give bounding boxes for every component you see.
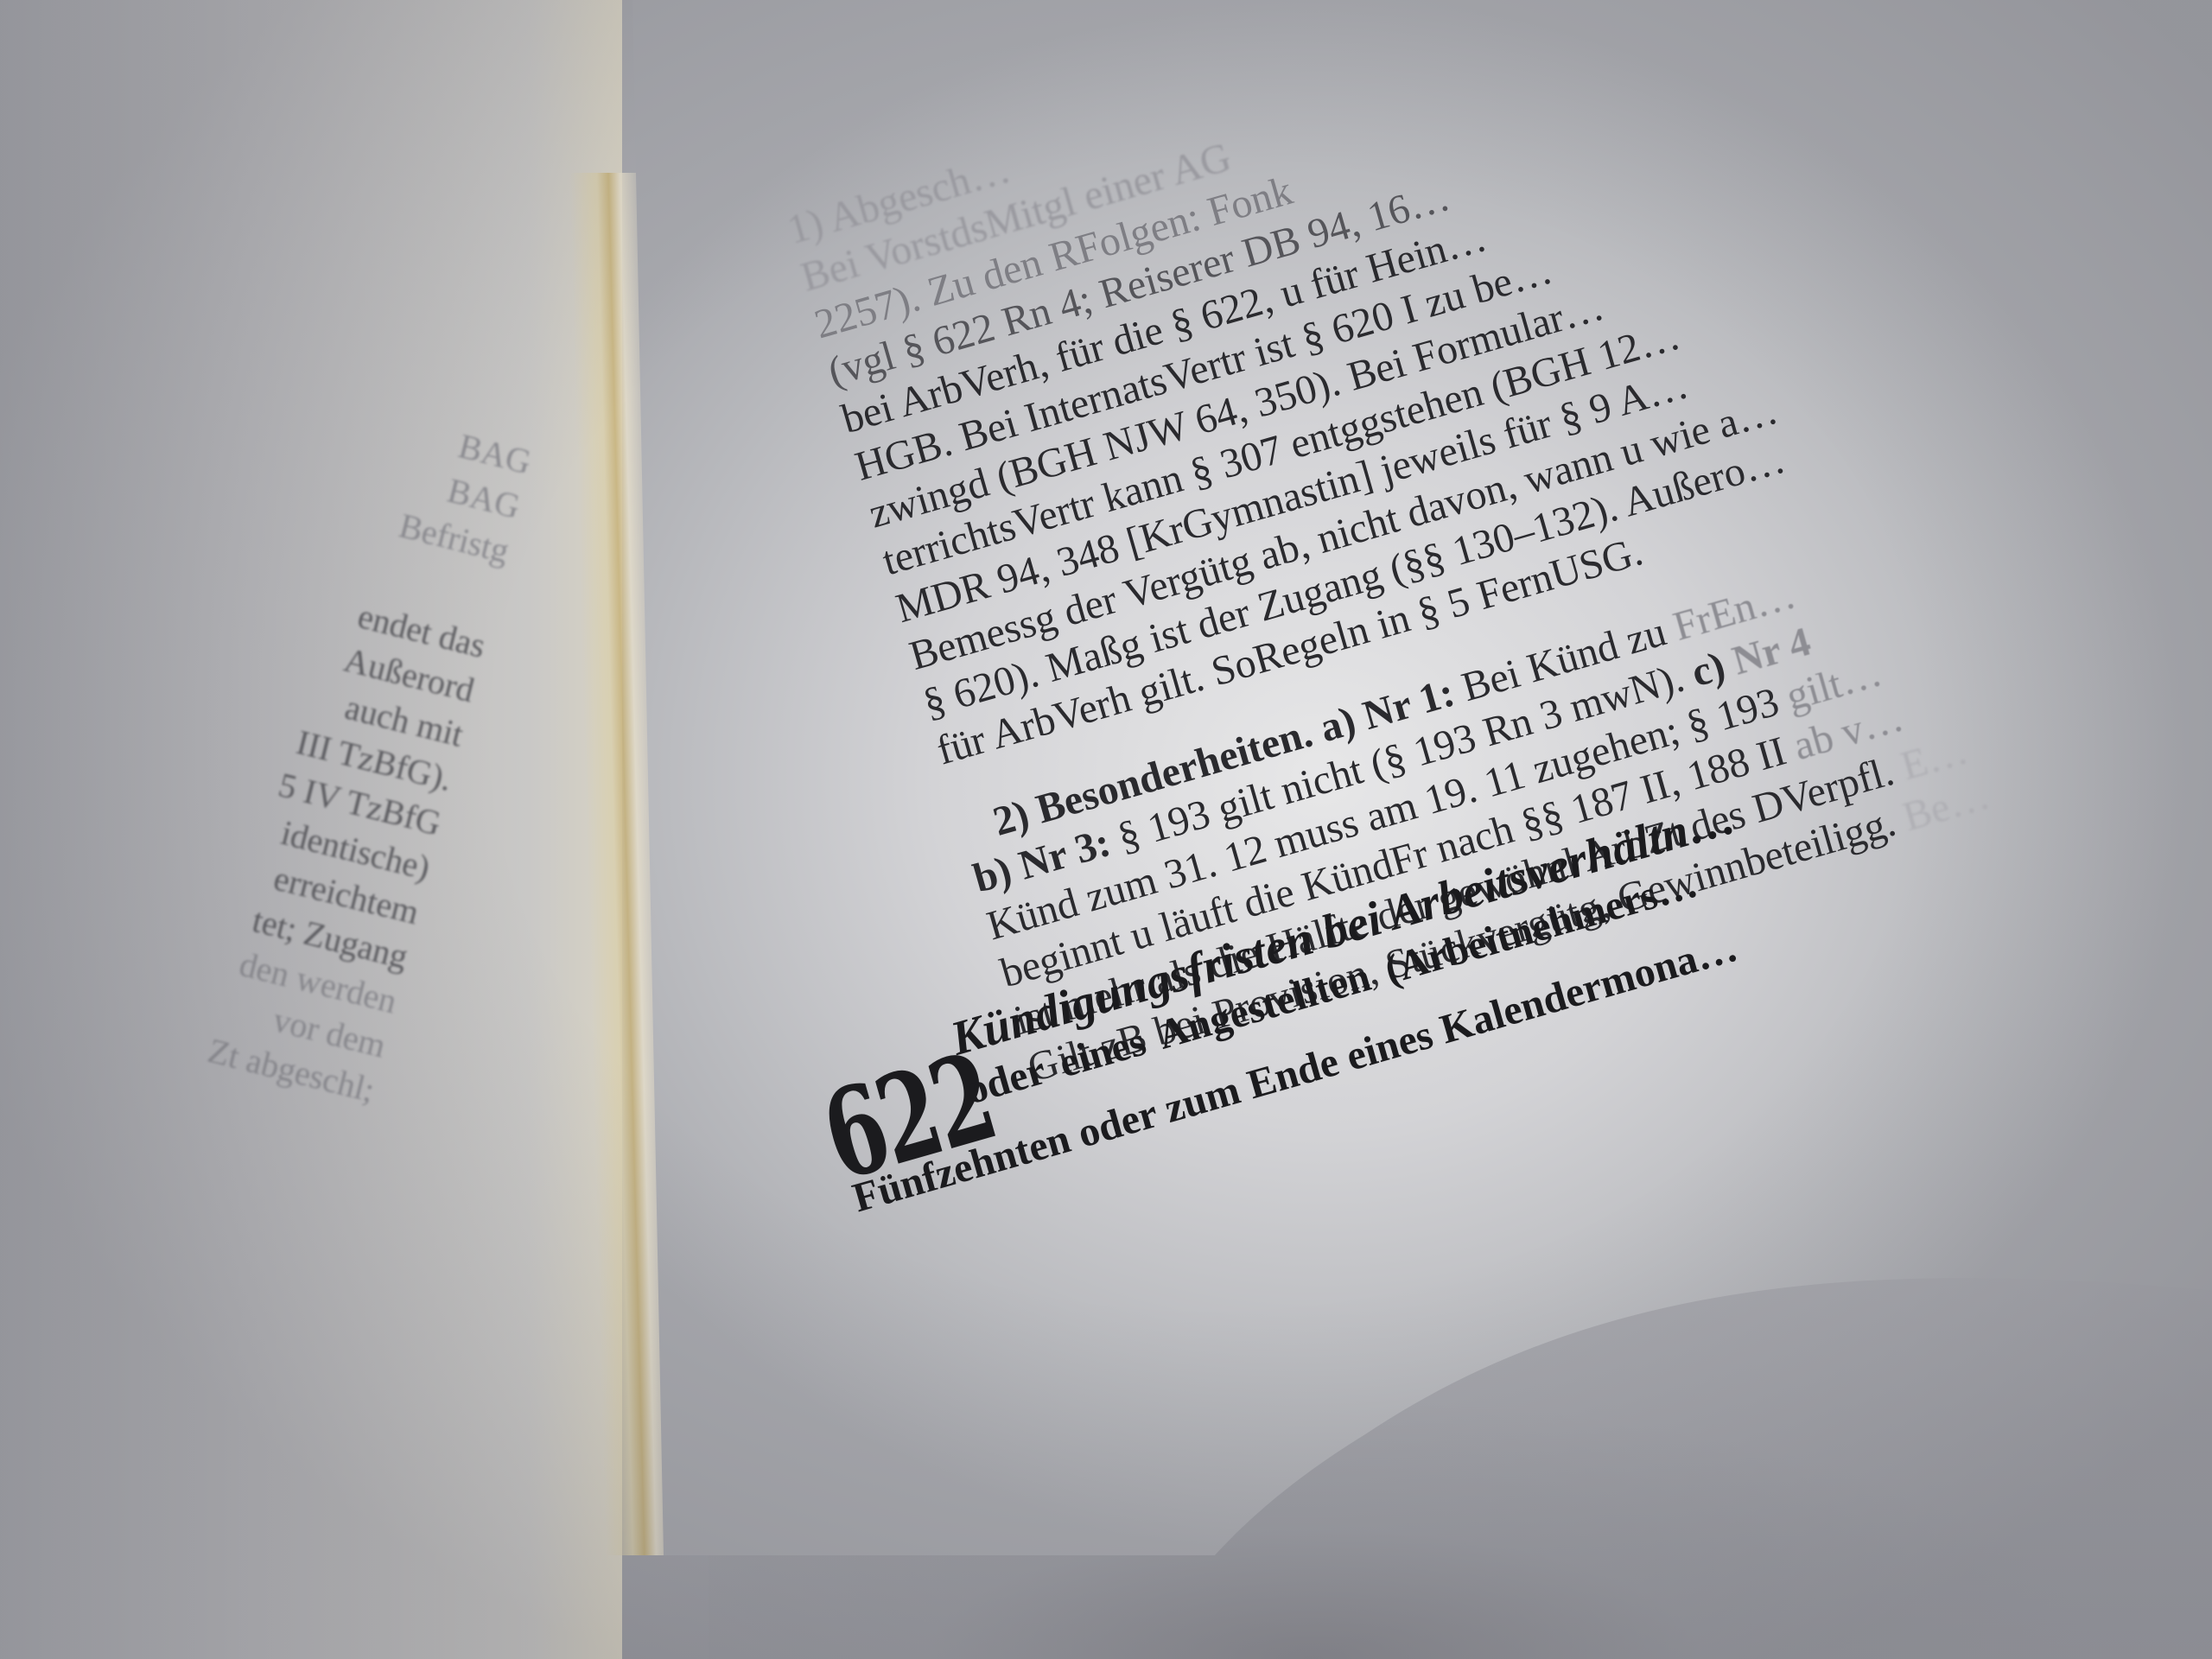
left-book-page: BAG BAG Befristg endet das Außerord auch…: [0, 0, 622, 1659]
left-page-text-column: BAG BAG Befristg endet das Außerord auch…: [92, 372, 536, 1113]
photo-background: BAG BAG Befristg endet das Außerord auch…: [0, 0, 2212, 1659]
subsection-label: c): [1687, 643, 1730, 696]
